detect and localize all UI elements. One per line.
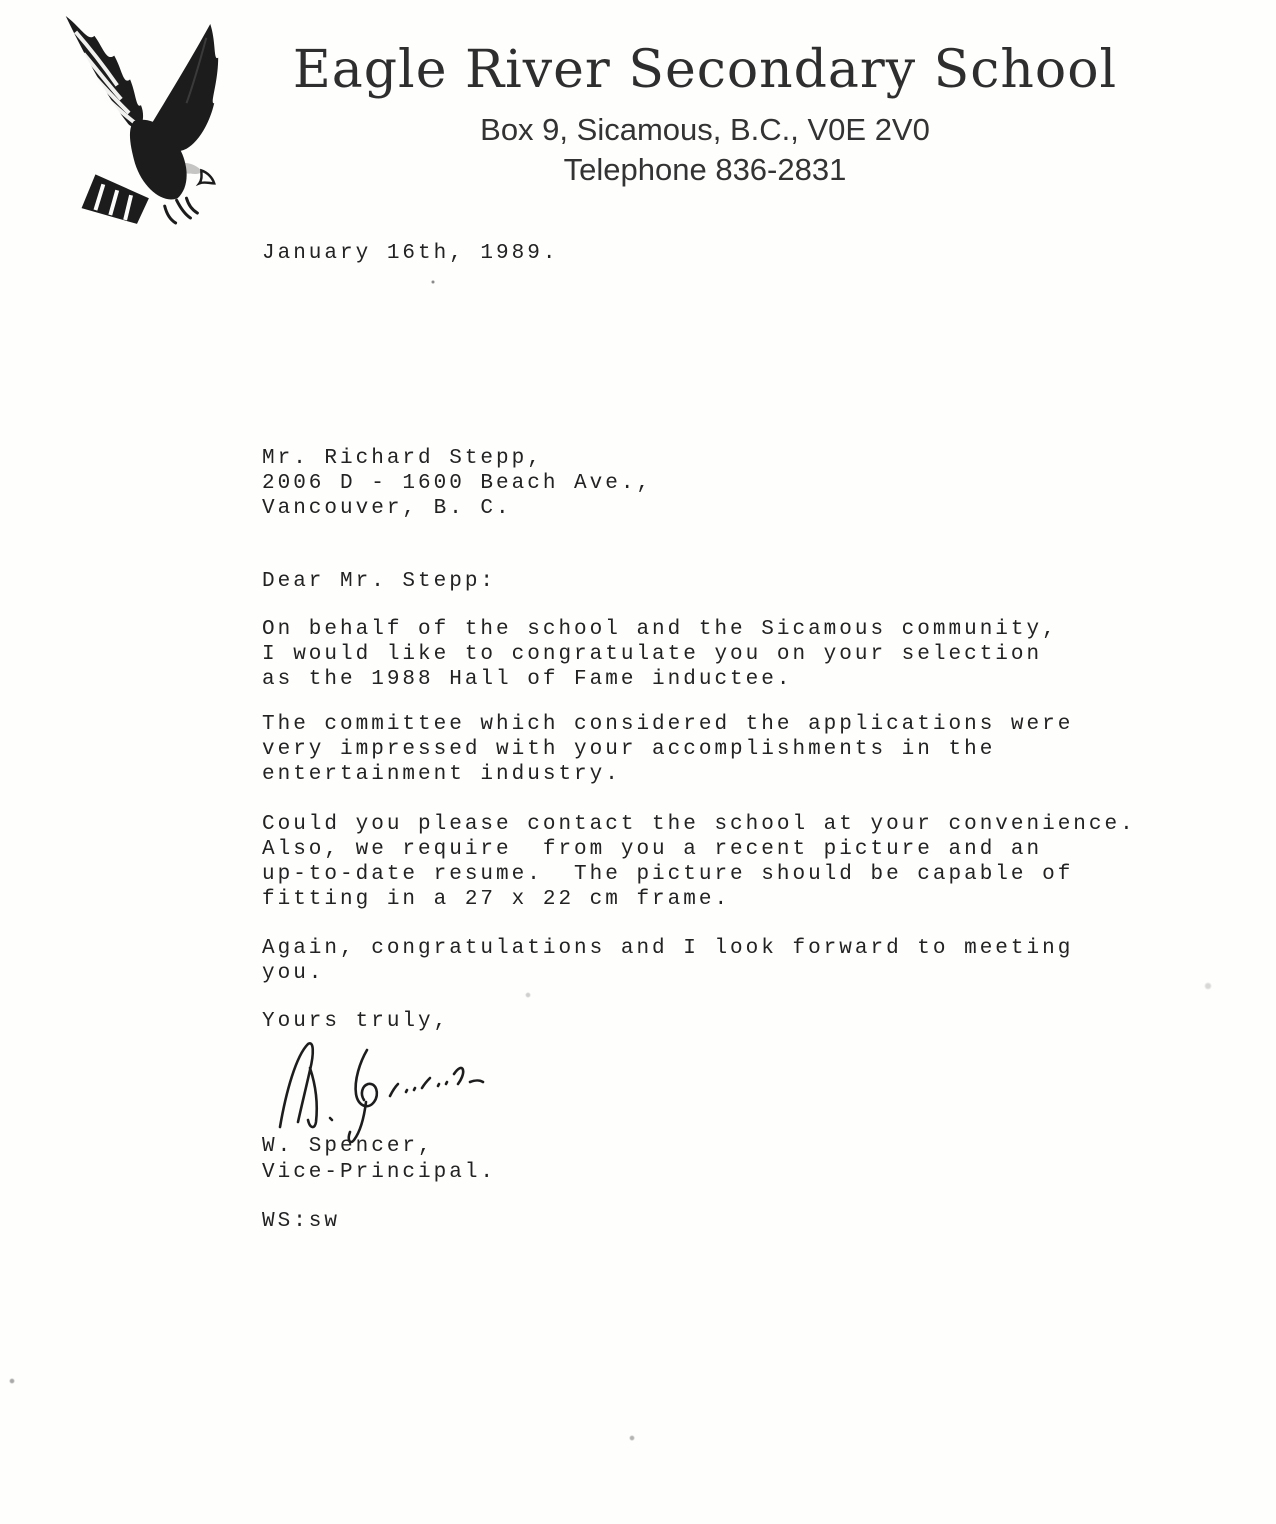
typist-initials: WS:sw xyxy=(262,1209,340,1234)
signer-title: Vice-Principal. xyxy=(262,1160,496,1185)
body-paragraph-4: Again, congratulations and I look forwar… xyxy=(262,936,1073,986)
eagle-icon xyxy=(38,4,236,232)
body-paragraph-3: Could you please contact the school at y… xyxy=(262,812,1136,912)
body-paragraph-2: The committee which considered the appli… xyxy=(262,712,1073,787)
signer-name: W. Spencer, xyxy=(262,1134,434,1159)
handwritten-signature-icon xyxy=(272,1032,522,1147)
salutation: Dear Mr. Stepp: xyxy=(262,569,496,594)
closing-line: Yours truly, xyxy=(262,1009,449,1034)
body-paragraph-1: On behalf of the school and the Sicamous… xyxy=(262,617,1058,692)
scanned-letter-page: Eagle River Secondary School Box 9, Sica… xyxy=(0,0,1276,1524)
school-phone: Telephone 836-2831 xyxy=(290,153,1120,187)
date-line: January 16th, 1989. xyxy=(262,241,558,266)
school-address: Box 9, Sicamous, B.C., V0E 2V0 xyxy=(290,113,1120,147)
recipient-address: Mr. Richard Stepp, 2006 D - 1600 Beach A… xyxy=(262,446,652,521)
school-name: Eagle River Secondary School xyxy=(290,38,1120,102)
